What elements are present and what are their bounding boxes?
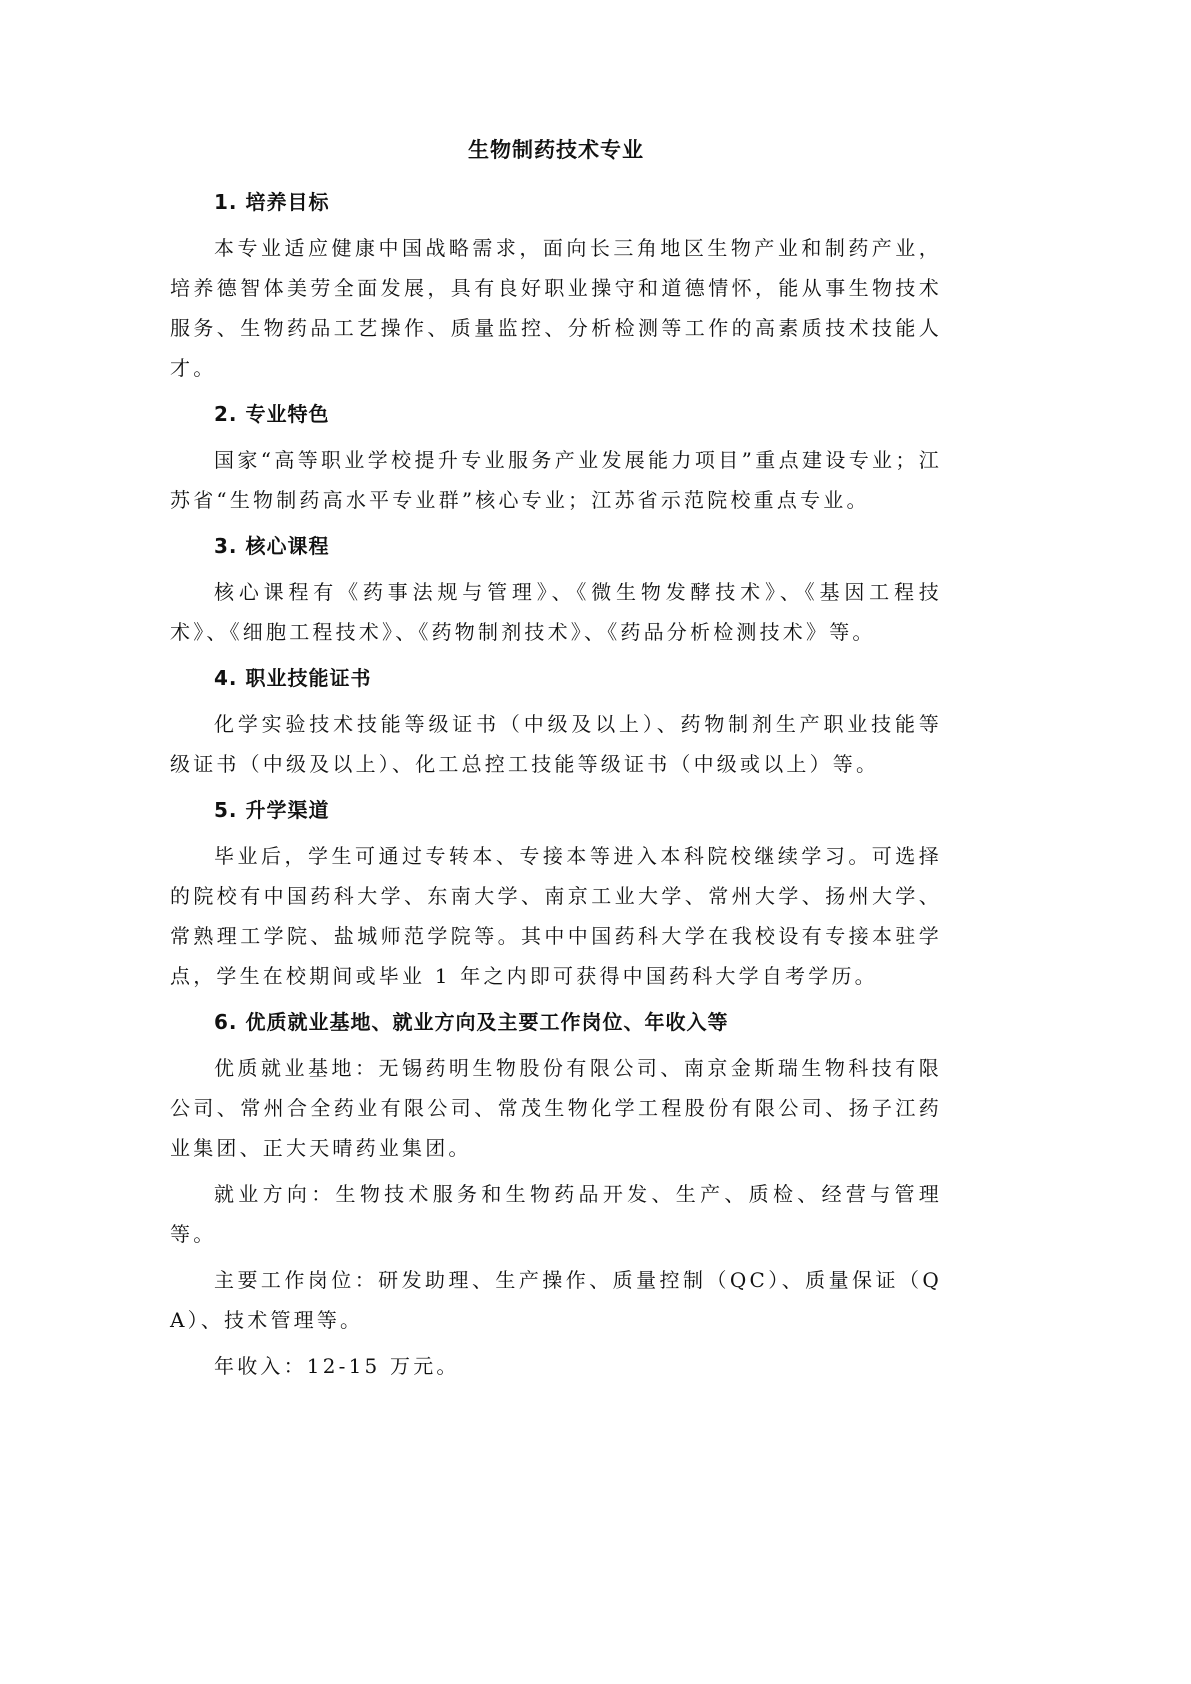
section-paragraph: 国家“高等职业学校提升专业服务产业发展能力项目”重点建设专业；江苏省“生物制药高…: [170, 440, 942, 520]
section-major-features: 2. 专业特色 国家“高等职业学校提升专业服务产业发展能力项目”重点建设专业；江…: [170, 394, 942, 520]
section-paragraph: 化学实验技术技能等级证书（中级及以上）、药物制剂生产职业技能等级证书（中级及以上…: [170, 704, 942, 784]
section-paragraph: 毕业后，学生可通过专转本、专接本等进入本科院校继续学习。可选择的院校有中国药科大…: [170, 836, 942, 996]
section-heading: 4. 职业技能证书: [170, 658, 942, 698]
document-page: 生物制药技术专业 1. 培养目标 本专业适应健康中国战略需求，面向长三角地区生物…: [170, 130, 942, 1392]
section-paragraph: 核心课程有《药事法规与管理》、《微生物发酵技术》、《基因工程技术》、《细胞工程技…: [170, 572, 942, 652]
section-heading: 6. 优质就业基地、就业方向及主要工作岗位、年收入等: [170, 1002, 942, 1042]
document-title: 生物制药技术专业: [170, 130, 942, 170]
annual-income-paragraph: 年收入：12-15 万元。: [170, 1346, 942, 1386]
section-employment: 6. 优质就业基地、就业方向及主要工作岗位、年收入等 优质就业基地：无锡药明生物…: [170, 1002, 942, 1386]
employment-direction-paragraph: 就业方向：生物技术服务和生物药品开发、生产、质检、经营与管理等。: [170, 1174, 942, 1254]
section-further-education: 5. 升学渠道 毕业后，学生可通过专转本、专接本等进入本科院校继续学习。可选择的…: [170, 790, 942, 996]
employment-bases-paragraph: 优质就业基地：无锡药明生物股份有限公司、南京金斯瑞生物科技有限公司、常州合全药业…: [170, 1048, 942, 1168]
section-heading: 3. 核心课程: [170, 526, 942, 566]
section-training-goal: 1. 培养目标 本专业适应健康中国战略需求，面向长三角地区生物产业和制药产业，培…: [170, 182, 942, 388]
job-positions-paragraph: 主要工作岗位：研发助理、生产操作、质量控制（QC）、质量保证（QA）、技术管理等…: [170, 1260, 942, 1340]
section-heading: 2. 专业特色: [170, 394, 942, 434]
section-certificates: 4. 职业技能证书 化学实验技术技能等级证书（中级及以上）、药物制剂生产职业技能…: [170, 658, 942, 784]
section-paragraph: 本专业适应健康中国战略需求，面向长三角地区生物产业和制药产业，培养德智体美劳全面…: [170, 228, 942, 388]
section-heading: 1. 培养目标: [170, 182, 942, 222]
section-heading: 5. 升学渠道: [170, 790, 942, 830]
section-core-courses: 3. 核心课程 核心课程有《药事法规与管理》、《微生物发酵技术》、《基因工程技术…: [170, 526, 942, 652]
